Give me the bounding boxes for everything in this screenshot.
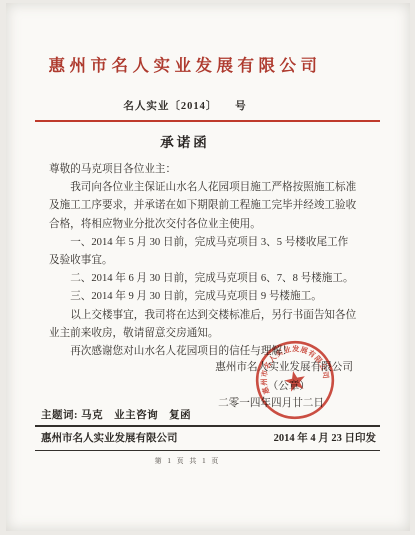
doc-number: 名人实业〔2014〕 号 <box>6 98 410 113</box>
scanned-letter: 惠州市名人实业发展有限公司 名人实业〔2014〕 号 承诺函 尊敬的马克项目各位… <box>0 0 415 535</box>
list-item-1: 一、2014 年 5 月 30 日前，完成马克项目 3、5 号楼收尾工作及验收事… <box>49 234 358 270</box>
document-page: 惠州市名人实业发展有限公司 名人实业〔2014〕 号 承诺函 尊敬的马克项目各位… <box>6 3 410 531</box>
footer-issuer: 惠州市名人实业发展有限公司 <box>41 430 178 445</box>
seal-note: （公章） <box>49 378 310 393</box>
document-footer: 主题词: 马克 业主咨询 复函 惠州市名人实业发展有限公司 2014 年 4 月… <box>35 407 380 466</box>
red-divider <box>35 120 380 122</box>
company-letterhead: 惠州市名人实业发展有限公司 <box>6 52 410 76</box>
list-item-3: 三、2014 年 9 月 30 日前，完成马克项目 9 号楼施工。 <box>49 288 358 306</box>
signature-company: 惠州市名人实业发展有限公司 <box>49 359 353 374</box>
footer-print-date: 2014 年 4 月 23 日印发 <box>274 430 376 445</box>
salutation: 尊敬的马克项目各位业主： <box>49 161 358 179</box>
page-number: 第 1 页 共 1 页 <box>35 456 380 466</box>
body-paragraph-2: 以上交楼事宜，我司将在达到交楼标准后，另行书面告知各位业主前来收房，敬请留意交房… <box>49 307 358 343</box>
subject-line: 主题词: 马克 业主咨询 复函 <box>35 407 380 422</box>
doc-title: 承诺函 <box>6 131 410 151</box>
body-paragraph-1: 我司向各位业主保证山水名人花园项目施工严格按照施工标准及施工工序要求，并承诺在如… <box>49 179 358 234</box>
signature-block: 惠州市名人实业发展有限公司 （公章） 二零一四年四月廿二日 <box>49 359 358 410</box>
letter-body: 尊敬的马克项目各位业主： 我司向各位业主保证山水名人花园项目施工严格按照施工标准… <box>49 161 358 361</box>
list-item-2: 二、2014 年 6 月 30 日前，完成马克项目 6、7、8 号楼施工。 <box>49 270 358 288</box>
footer-divider-bottom <box>35 450 380 451</box>
